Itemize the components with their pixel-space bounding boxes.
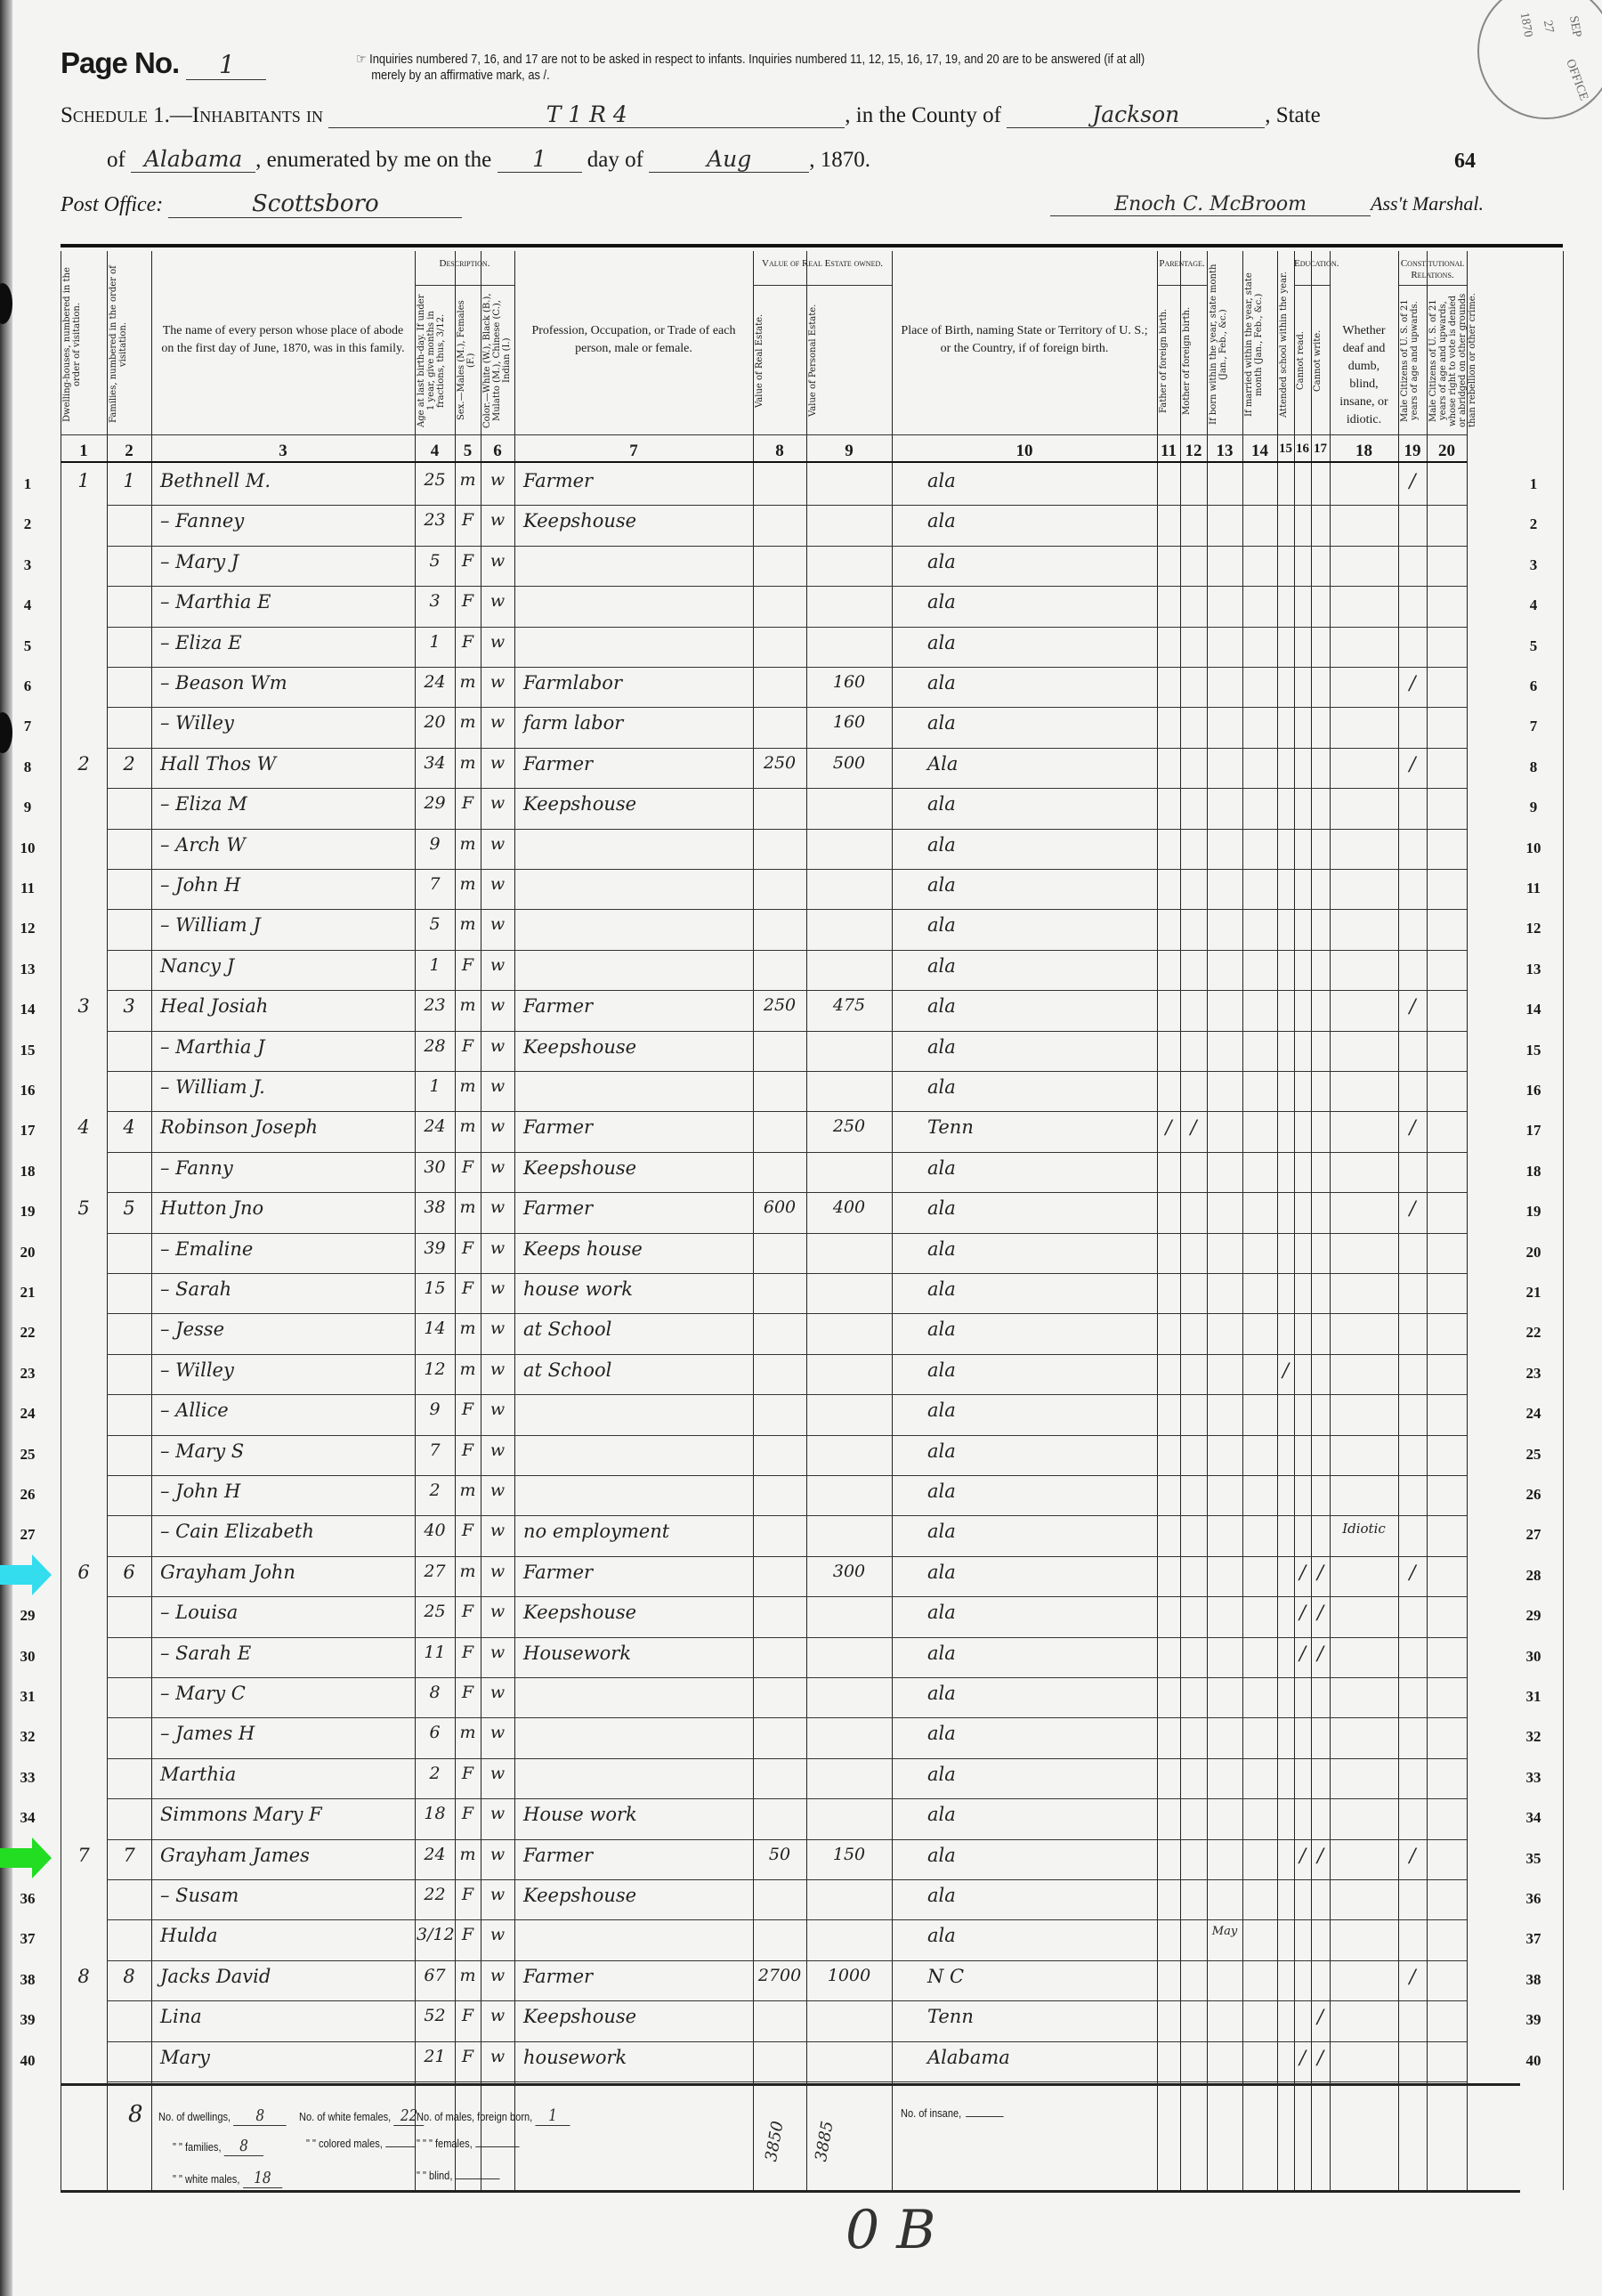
real-estate-total: 3850 <box>762 2120 788 2163</box>
cell-name: Marthia <box>160 1764 236 1785</box>
line-number-left: 8 <box>14 759 41 776</box>
cell-sex: F <box>457 1683 479 1702</box>
cell-age: 29 <box>417 793 453 813</box>
column-header-16: Cannot read. <box>1296 292 1309 429</box>
cell-name: – James H <box>160 1723 255 1744</box>
row-rule <box>107 505 1467 506</box>
cell-sex: F <box>457 591 479 611</box>
row-rule <box>107 546 1467 547</box>
cell-age: 67 <box>417 1966 453 1985</box>
page-number: Page No. 1 <box>61 46 266 80</box>
cell-c17: / <box>1313 1643 1328 1664</box>
column-number-15: 15 <box>1277 442 1294 457</box>
row-rule <box>107 1515 1467 1516</box>
state-label: , State <box>1265 103 1321 127</box>
line-number-right: 34 <box>1520 1809 1547 1827</box>
column-divider <box>1207 251 1208 2190</box>
row-rule <box>107 1758 1467 1759</box>
cell-occupation: at School <box>523 1318 611 1340</box>
cell-occupation: Keepshouse <box>523 510 636 531</box>
cell-sex: m <box>457 874 479 894</box>
group-header-parentage: Parentage. <box>1157 258 1207 270</box>
line-number-right: 25 <box>1520 1446 1547 1464</box>
note-line-2: merely by an affirmative mark, as /. <box>356 68 1602 84</box>
line-number-right: 20 <box>1520 1244 1547 1262</box>
line-number-left: 11 <box>14 880 41 897</box>
line-number-right: 15 <box>1520 1042 1547 1059</box>
cell-c15: / <box>1279 1359 1292 1381</box>
line-number-left: 14 <box>14 1001 41 1018</box>
cell-dwelling: 5 <box>62 1197 105 1219</box>
line-number-right: 38 <box>1520 1971 1547 1989</box>
cell-occupation: Farmer <box>523 753 593 775</box>
cell-name: – Mary C <box>160 1683 246 1704</box>
cell-personal: 300 <box>808 1562 890 1581</box>
line-number-right: 23 <box>1520 1365 1547 1383</box>
cell-birthplace: ala <box>927 914 956 936</box>
cell-age: 27 <box>417 1562 453 1581</box>
cell-age: 1 <box>417 1076 453 1096</box>
row-rule <box>107 627 1467 628</box>
cell-name: Nancy J <box>160 955 234 977</box>
line-number-right: 2 <box>1520 515 1547 533</box>
cell-sex: m <box>457 1562 479 1581</box>
cell-name: – Marthia E <box>160 591 271 613</box>
highlight-arrow-cyan <box>0 1565 32 1585</box>
cell-birthplace: Tenn <box>927 1116 974 1138</box>
line-number-left: 27 <box>14 1526 41 1544</box>
month-value: Aug <box>649 146 809 173</box>
line-number-right: 33 <box>1520 1769 1547 1787</box>
cell-name: Lina <box>160 2006 202 2027</box>
row-rule <box>107 829 1467 830</box>
line-number-left: 34 <box>14 1809 41 1827</box>
line-number-left: 29 <box>14 1607 41 1625</box>
cell-occupation: Keepshouse <box>523 2006 636 2027</box>
cell-birthplace: ala <box>927 793 956 815</box>
cell-sex: m <box>457 1481 479 1500</box>
line-number-left: 6 <box>14 677 41 695</box>
cell-age: 22 <box>417 1885 453 1904</box>
summary-label: " " colored males, <box>306 2137 383 2150</box>
cell-family: 2 <box>109 753 150 775</box>
cell-name: – Allice <box>160 1400 229 1421</box>
cell-real: 250 <box>755 753 805 773</box>
cell-sex: m <box>457 1197 479 1217</box>
line-number-left: 9 <box>14 799 41 816</box>
row-rule <box>107 2000 1467 2001</box>
cell-name: – Sarah E <box>160 1643 251 1664</box>
cell-age: 24 <box>417 1845 453 1864</box>
line-number-left: 2 <box>14 515 41 533</box>
cell-dwelling: 1 <box>62 470 105 491</box>
cell-birthplace: ala <box>927 1885 956 1906</box>
line-number-right: 9 <box>1520 799 1547 816</box>
column-divider <box>1330 251 1331 2190</box>
line-number-right: 29 <box>1520 1607 1547 1625</box>
group-header-education: Education. <box>1294 258 1330 270</box>
line-number-right: 16 <box>1520 1082 1547 1099</box>
state-value: Alabama <box>131 146 255 173</box>
sheet-number: 64 <box>1454 150 1476 174</box>
row-rule <box>107 1798 1467 1799</box>
line-number-right: 8 <box>1520 759 1547 776</box>
cell-birthplace: ala <box>927 1804 956 1825</box>
cell-birthplace: ala <box>927 470 956 491</box>
cell-real: 250 <box>755 995 805 1015</box>
cell-c16: / <box>1296 1845 1309 1866</box>
group-rule <box>415 285 514 286</box>
line-number-left: 32 <box>14 1728 41 1746</box>
enumerated-label: , enumerated by me on the <box>255 148 491 172</box>
cell-age: 11 <box>417 1643 453 1662</box>
cell-occupation: Keeps house <box>523 1238 643 1260</box>
row-rule <box>107 1152 1467 1153</box>
cell-color: w <box>482 470 513 490</box>
cell-name: – Willey <box>160 1359 234 1381</box>
cell-color: w <box>482 955 513 975</box>
cell-sex: m <box>457 1845 479 1864</box>
schedule-label: Schedule 1.—Inhabitants in <box>61 103 323 127</box>
line-number-right: 14 <box>1520 1001 1547 1018</box>
row-rule <box>107 1475 1467 1476</box>
cell-real: 2700 <box>755 1966 805 1985</box>
cell-occupation: Keepshouse <box>523 793 636 815</box>
row-rule <box>107 1879 1467 1880</box>
column-number-18: 18 <box>1330 442 1398 461</box>
summary-value <box>456 2178 499 2179</box>
highlight-arrow-green <box>0 1848 32 1868</box>
column-divider <box>1427 251 1428 2190</box>
cell-age: 18 <box>417 1804 453 1823</box>
cell-name: – John H <box>160 874 240 896</box>
day-of-label: day of <box>587 148 643 172</box>
column-divider <box>61 251 61 2190</box>
column-header-20: Male Citizens of U. S. of 21 years of ag… <box>1428 292 1465 429</box>
summary-value <box>475 2146 519 2147</box>
cell-color: w <box>482 1359 513 1379</box>
cell-age: 5 <box>417 551 453 571</box>
cell-c12: / <box>1182 1116 1205 1138</box>
cell-dwelling: 3 <box>62 995 105 1017</box>
cell-age: 3 <box>417 591 453 611</box>
page-number-value: 1 <box>186 50 266 80</box>
line-number-left: 25 <box>14 1446 41 1464</box>
cell-color: w <box>482 995 513 1015</box>
column-divider <box>1157 251 1158 2190</box>
cell-name: – Marthia J <box>160 1036 265 1058</box>
row-rule <box>107 1394 1467 1395</box>
cell-c18: Idiotic <box>1331 1521 1396 1537</box>
cell-color: w <box>482 672 513 692</box>
cell-c19: / <box>1400 1197 1425 1219</box>
cell-color: w <box>482 1925 513 1944</box>
column-divider <box>107 251 108 2190</box>
line-number-left: 36 <box>14 1890 41 1908</box>
cell-dwelling: 7 <box>62 1845 105 1866</box>
cell-name: Heal Josiah <box>160 995 268 1017</box>
cell-dwelling: 6 <box>62 1562 105 1583</box>
township-value: T 1 R 4 <box>328 101 845 128</box>
cell-occupation: no employment <box>523 1521 669 1542</box>
column-number-8: 8 <box>753 442 806 461</box>
line-number-right: 1 <box>1520 475 1547 493</box>
cell-birthplace: Tenn <box>927 2006 974 2027</box>
cell-family: 5 <box>109 1197 150 1219</box>
line-number-left: 22 <box>14 1324 41 1342</box>
line-number-right: 24 <box>1520 1405 1547 1423</box>
line-number-right: 6 <box>1520 677 1547 695</box>
cell-name: – William J <box>160 914 261 936</box>
line-number-right: 35 <box>1520 1850 1547 1868</box>
cell-age: 34 <box>417 753 453 773</box>
column-number-6: 6 <box>481 442 514 461</box>
row-rule <box>107 909 1467 910</box>
cell-birthplace: Ala <box>927 753 958 775</box>
summary-value: 8 <box>224 2137 263 2156</box>
column-header-15: Attended school within the year. <box>1279 260 1292 429</box>
cell-c19: / <box>1400 1116 1425 1138</box>
cell-family: 4 <box>109 1116 150 1138</box>
cell-birthplace: ala <box>927 551 956 572</box>
cell-c16: / <box>1296 1602 1309 1623</box>
cell-sex: F <box>457 793 479 813</box>
line-number-left: 24 <box>14 1405 41 1423</box>
cell-family: 6 <box>109 1562 150 1583</box>
page-binding-edge <box>0 0 12 2296</box>
summary-white_males: " " white males,18 <box>173 2169 282 2188</box>
cell-age: 6 <box>417 1723 453 1742</box>
cell-sex: m <box>457 1318 479 1338</box>
of-label: of <box>107 148 125 172</box>
summary-blind: " " blind, <box>417 2169 499 2182</box>
summary-label: No. of males, foreign born, <box>417 2110 532 2123</box>
cell-name: – Mary S <box>160 1440 244 1462</box>
cell-name: – Eliza M <box>160 793 247 815</box>
cell-color: w <box>482 834 513 854</box>
cell-birthplace: ala <box>927 712 956 734</box>
column-divider <box>1398 251 1399 2190</box>
cell-occupation: Farmer <box>523 470 593 491</box>
line-number-left: 37 <box>14 1930 41 1948</box>
cell-age: 40 <box>417 1521 453 1540</box>
cell-name: – William J. <box>160 1076 265 1098</box>
cell-sex: m <box>457 1723 479 1742</box>
cell-age: 1 <box>417 632 453 652</box>
cell-age: 52 <box>417 2006 453 2025</box>
column-header-6: Color.—White (W.), Black (B.), Mulatto (… <box>482 292 513 429</box>
cell-occupation: Farmer <box>523 1197 593 1219</box>
cell-c19: / <box>1400 470 1425 491</box>
cell-color: w <box>482 632 513 652</box>
row-rule <box>107 869 1467 870</box>
cell-age: 38 <box>417 1197 453 1217</box>
cell-age: 7 <box>417 1440 453 1460</box>
cell-c17: / <box>1313 1562 1328 1583</box>
cell-color: w <box>482 1278 513 1298</box>
cell-name: – Cain Elizabeth <box>160 1521 314 1542</box>
column-divider <box>753 251 754 2190</box>
cell-occupation: Keepshouse <box>523 1036 636 1058</box>
column-header-8: Value of Real Estate. <box>755 292 805 429</box>
cell-birthplace: ala <box>927 995 956 1017</box>
cell-personal: 150 <box>808 1845 890 1864</box>
line-number-left: 12 <box>14 920 41 937</box>
cell-age: 14 <box>417 1318 453 1338</box>
cell-birthplace: ala <box>927 672 956 694</box>
column-number-16: 16 <box>1294 442 1311 457</box>
cell-personal: 475 <box>808 995 890 1015</box>
cell-age: 28 <box>417 1036 453 1056</box>
marshal-signature-line: Enoch C. McBroomAss't Marshal. <box>1050 192 1484 216</box>
cell-color: w <box>482 1238 513 1258</box>
cell-c19: / <box>1400 1966 1425 1987</box>
cell-c19: / <box>1400 1845 1425 1866</box>
cell-sex: F <box>457 510 479 530</box>
cell-occupation: Housework <box>523 1643 631 1664</box>
cell-occupation: housework <box>523 2047 627 2068</box>
cell-occupation: House work <box>523 1804 637 1825</box>
cell-age: 2 <box>417 1764 453 1783</box>
cell-age: 25 <box>417 1602 453 1621</box>
line-number-left: 17 <box>14 1122 41 1140</box>
row-rule <box>107 1839 1467 1840</box>
cell-dwelling: 8 <box>62 1966 105 1987</box>
cell-color: w <box>482 1521 513 1540</box>
cell-sex: F <box>457 1764 479 1783</box>
cell-family: 3 <box>109 995 150 1017</box>
line-number-right: 26 <box>1520 1486 1547 1504</box>
cell-color: w <box>482 1845 513 1864</box>
column-header-3: The name of every person whose place of … <box>157 322 409 358</box>
line-number-left: 38 <box>14 1971 41 1989</box>
row-rule <box>107 950 1467 951</box>
summary-label: No. of dwellings, <box>158 2110 231 2123</box>
column-header-14: If married within the year, state month … <box>1244 260 1275 429</box>
cell-birthplace: ala <box>927 1764 956 1785</box>
cell-occupation: at School <box>523 1359 611 1381</box>
cell-sex: F <box>457 1157 479 1177</box>
cell-birthplace: ala <box>927 1278 956 1300</box>
cell-name: – Mary J <box>160 551 239 572</box>
cell-color: w <box>482 2006 513 2025</box>
row-rule <box>107 2081 1467 2082</box>
cell-age: 24 <box>417 672 453 692</box>
cell-name: Mary <box>160 2047 210 2068</box>
summary-label: " " families, <box>173 2140 222 2154</box>
cell-color: w <box>482 1076 513 1096</box>
cell-name: Hutton Jno <box>160 1197 263 1219</box>
cell-age: 15 <box>417 1278 453 1298</box>
cell-sex: F <box>457 551 479 571</box>
cell-sex: F <box>457 2047 479 2066</box>
line-number-right: 3 <box>1520 556 1547 574</box>
day-value: 1 <box>498 146 582 173</box>
column-divider <box>1277 251 1278 2190</box>
cell-sex: m <box>457 914 479 934</box>
column-header-17: Cannot write. <box>1313 292 1328 429</box>
cell-birthplace: Alabama <box>927 2047 1010 2068</box>
line-number-right: 12 <box>1520 920 1547 937</box>
cell-age: 3/12 <box>417 1925 453 1944</box>
marshal-title: Ass't Marshal. <box>1371 192 1484 215</box>
cell-age: 23 <box>417 995 453 1015</box>
row-rule <box>107 1313 1467 1314</box>
column-number-7: 7 <box>514 442 753 461</box>
cell-birthplace: ala <box>927 1481 956 1502</box>
cell-color: w <box>482 591 513 611</box>
cell-c19: / <box>1400 1562 1425 1583</box>
line-number-left: 40 <box>14 2052 41 2070</box>
group-rule <box>1157 285 1207 286</box>
row-rule <box>107 1071 1467 1072</box>
cell-birthplace: ala <box>927 1562 956 1583</box>
cell-age: 24 <box>417 1116 453 1136</box>
column-divider <box>1294 251 1295 2190</box>
cell-age: 9 <box>417 834 453 854</box>
cell-name: – Jesse <box>160 1318 224 1340</box>
line-number-right: 4 <box>1520 596 1547 614</box>
page-number-label: Page No. <box>61 46 179 79</box>
column-divider <box>415 251 416 2190</box>
line-number-right: 30 <box>1520 1648 1547 1666</box>
cell-occupation: house work <box>523 1278 633 1300</box>
body-top-rule <box>61 461 1467 463</box>
cell-sex: F <box>457 1885 479 1904</box>
cell-sex: F <box>457 1521 479 1540</box>
column-divider <box>1467 251 1468 2190</box>
column-header-13: If born within the year, state month (Ja… <box>1209 260 1241 429</box>
row-rule <box>107 1919 1467 1920</box>
cell-birthplace: ala <box>927 955 956 977</box>
line-number-left: 13 <box>14 961 41 978</box>
column-divider <box>1311 251 1312 2190</box>
column-divider <box>1180 251 1181 2190</box>
cell-birthplace: ala <box>927 510 956 531</box>
cell-age: 25 <box>417 470 453 490</box>
post-office-label: Post Office: <box>61 193 163 216</box>
cell-sex: F <box>457 1400 479 1419</box>
cell-name: – Fanny <box>160 1157 233 1179</box>
cell-color: w <box>482 1036 513 1056</box>
cell-personal: 160 <box>808 712 890 732</box>
summary-value: 18 <box>243 2169 282 2188</box>
header-rule <box>61 434 1467 435</box>
footer-mark: 0 B <box>845 2199 935 2261</box>
cell-sex: m <box>457 995 479 1015</box>
cell-color: w <box>482 1764 513 1783</box>
cell-color: w <box>482 793 513 813</box>
cell-sex: m <box>457 834 479 854</box>
cell-personal: 1000 <box>808 1966 890 1985</box>
column-divider <box>455 251 456 2190</box>
row-rule <box>107 707 1467 708</box>
line-number-right: 21 <box>1520 1284 1547 1302</box>
cell-color: w <box>482 1562 513 1581</box>
row-rule <box>107 788 1467 789</box>
line-number-right: 13 <box>1520 961 1547 978</box>
summary-foreign_males: No. of males, foreign born,1 <box>417 2106 570 2126</box>
summary-colored_males: " " colored males, <box>306 2137 416 2150</box>
received-stamp: SEP 27 1870 OFFICE <box>1477 0 1602 119</box>
line-number-right: 39 <box>1520 2011 1547 2029</box>
cell-c19: / <box>1400 995 1425 1017</box>
cell-color: w <box>482 1318 513 1338</box>
cell-name: Hulda <box>160 1925 218 1946</box>
cell-birthplace: ala <box>927 1157 956 1179</box>
post-office-line: Post Office: Scottsboro <box>61 191 462 218</box>
cell-sex: m <box>457 1076 479 1096</box>
